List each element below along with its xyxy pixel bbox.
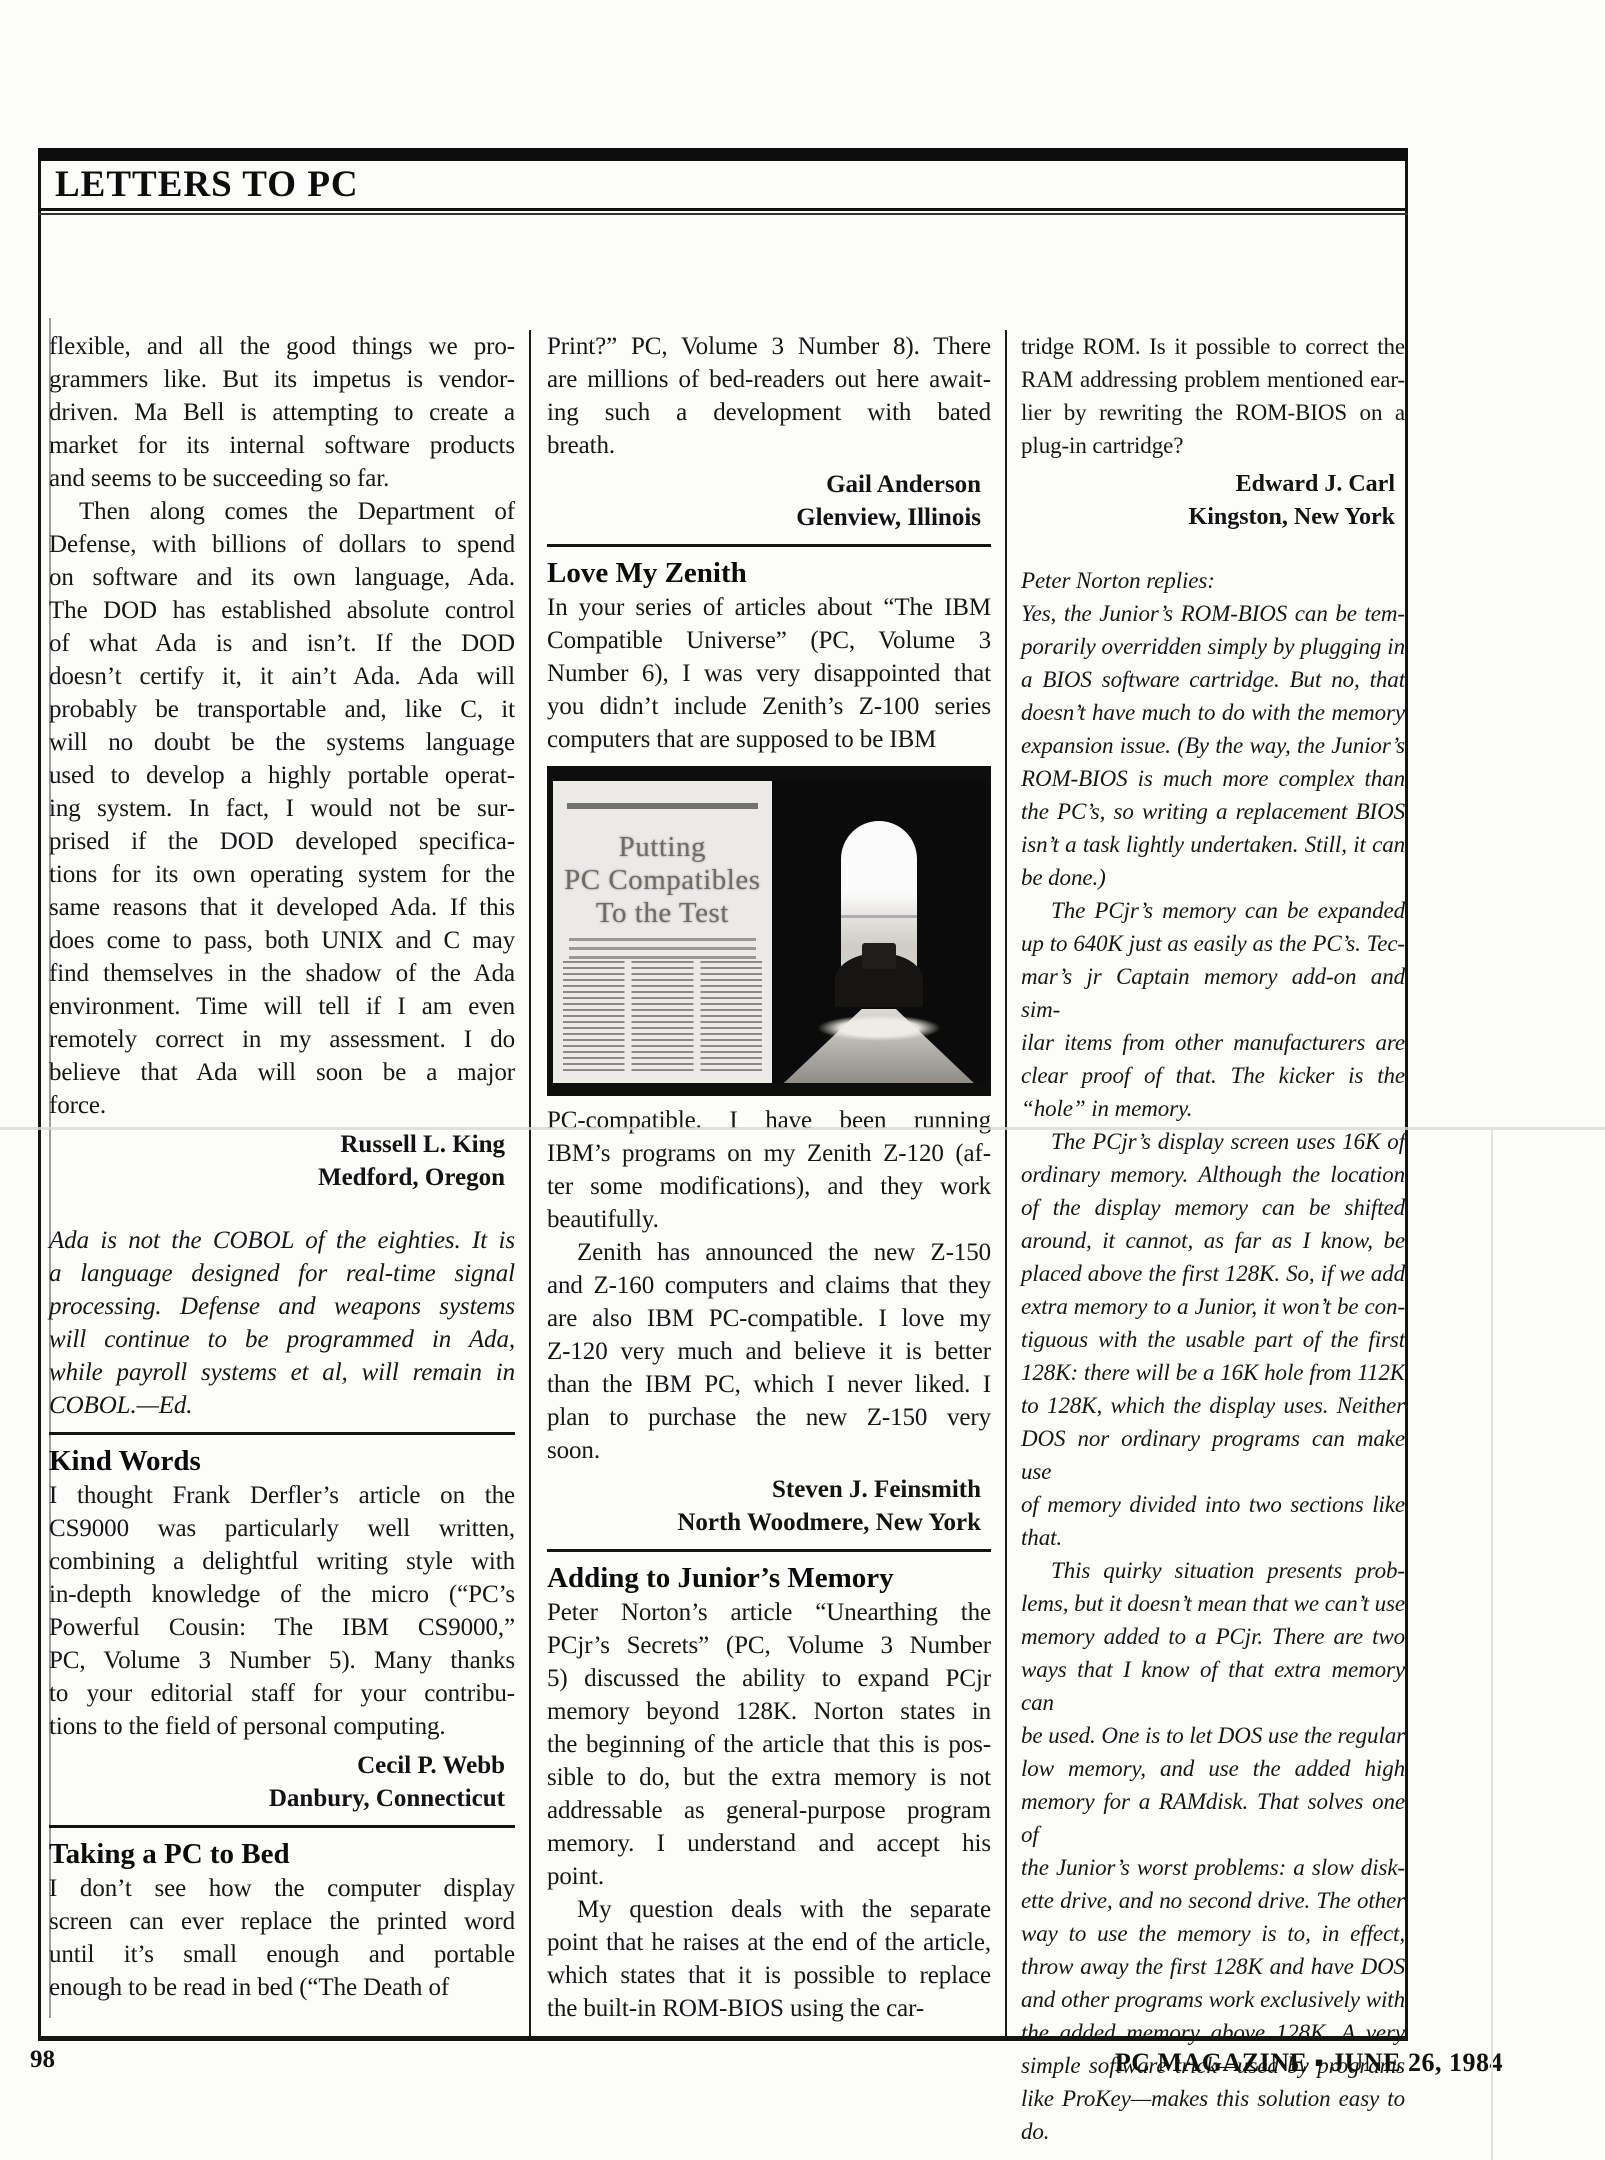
text-line: ordinary memory. Although the location (1021, 1158, 1405, 1191)
text-line: I don’t see how the computer display (49, 1872, 515, 1905)
signature-line: North Woodmere, New York (547, 1506, 981, 1539)
clipping-subhead-lines (569, 938, 756, 962)
text-line: Zenith has announced the new Z-150 (547, 1236, 991, 1269)
text-line: which states that it is possible to repl… (547, 1959, 991, 1992)
letter-paragraph: I don’t see how the computer displayscre… (49, 1872, 515, 2004)
text-line: porarily overridden simply by plugging i… (1021, 630, 1405, 663)
text-line: memory beyond 128K. Norton states in (547, 1695, 991, 1728)
text-line: and Z-160 computers and claims that they (547, 1269, 991, 1302)
text-line: and seems to be succeeding so far. (49, 462, 515, 495)
page-title: LETTERS TO PC (41, 161, 1405, 208)
text-line: will no doubt be the systems language (49, 726, 515, 759)
text-line: clear proof of that. The kicker is the (1021, 1059, 1405, 1092)
text-line: enough to be read in bed (“The Death of (49, 1971, 515, 2004)
text-line: the added memory above 128K. A very (1021, 2016, 1405, 2049)
spacer (49, 1194, 515, 1224)
text-line: The DOD has established absolute control (49, 594, 515, 627)
text-line: Number 6), I was very disappointed that (547, 657, 991, 690)
signature-line: Russell L. King (49, 1128, 505, 1161)
text-line: doesn’t certify it, it ain’t Ada. Ada wi… (49, 660, 515, 693)
signature-line: Medford, Oregon (49, 1161, 505, 1194)
text-line: the Junior’s worst problems: a slow disk… (1021, 1851, 1405, 1884)
text-line: beautifully. (547, 1203, 991, 1236)
text-line: ette drive, and no second drive. The oth… (1021, 1884, 1405, 1917)
text-line: ways that I know of that extra memory ca… (1021, 1653, 1405, 1719)
text-line: the built-in ROM-BIOS using the car- (547, 1992, 991, 2025)
text-line: of memory divided into two sections like (1021, 1488, 1405, 1521)
text-line: up to 640K just as easily as the PC’s. T… (1021, 927, 1405, 960)
clipping-title-line: PC Compatibles (553, 864, 772, 897)
signature-line: Cecil P. Webb (49, 1749, 505, 1782)
spacer (1021, 534, 1405, 564)
letter-paragraph: Then along comes the Department ofDefens… (49, 495, 515, 1122)
text-line: tions for its own operating system for t… (49, 858, 515, 891)
clipping-title-line: Putting (553, 831, 772, 864)
text-line: memory. I understand and accept his (547, 1827, 991, 1860)
text-line: Peter Norton replies: (1021, 564, 1405, 597)
text-line: the beginning of the article that this i… (547, 1728, 991, 1761)
text-line: remotely correct in my assessment. I do (49, 1023, 515, 1056)
arch-horizon-line (841, 915, 917, 918)
section-divider-rule (49, 1432, 515, 1435)
text-line: Peter Norton’s article “Unearthing the (547, 1596, 991, 1629)
text-line: plan to purchase the new Z-150 very (547, 1401, 991, 1434)
text-line: on software and its own language, Ada. (49, 561, 515, 594)
text-line: point. (547, 1860, 991, 1893)
text-line: are also IBM PC-compatible. I love my (547, 1302, 991, 1335)
text-line: CS9000 was particularly well written, (49, 1512, 515, 1545)
signature: Edward J. CarlKingston, New York (1021, 468, 1405, 534)
text-line: believe that Ada will soon be a major (49, 1056, 515, 1089)
section-heading: Kind Words (49, 1443, 515, 1479)
letter-paragraph: tridge ROM. Is it possible to correct th… (1021, 330, 1405, 462)
arch-window (841, 821, 917, 1001)
text-line: RAM addressing problem mentioned ear- (1021, 363, 1405, 396)
text-line: will continue to be programmed in Ada, (49, 1323, 515, 1356)
clipping-title-line: To the Test (553, 897, 772, 930)
text-line: placed above the first 128K. So, if we a… (1021, 1257, 1405, 1290)
italic-paragraph: The PCjr’s memory can be expandedup to 6… (1021, 894, 1405, 1125)
text-line: environment. Time will tell if I am even (49, 990, 515, 1023)
text-line: a language designed for real-time signal (49, 1257, 515, 1290)
text-line: 128K: there will be a 16K hole from 112K (1021, 1356, 1405, 1389)
signature-line: Gail Anderson (547, 468, 981, 501)
text-line: lier by rewriting the ROM-BIOS on a (1021, 396, 1405, 429)
column-divider-1 (529, 330, 531, 2036)
column-middle: Print?” PC, Volume 3 Number 8). Thereare… (547, 330, 991, 2025)
section-divider-rule (49, 1825, 515, 1828)
letter-paragraph: In your series of articles about “The IB… (547, 591, 991, 756)
text-line: “hole” in memory. (1021, 1092, 1405, 1125)
text-line: same reasons that it developed Ada. If t… (49, 891, 515, 924)
text-line: I thought Frank Derfler’s article on the (49, 1479, 515, 1512)
column-left: flexible, and all the good things we pro… (49, 330, 515, 2004)
table-rim-highlight (817, 1015, 941, 1041)
text-line: computers that are supposed to be IBM (547, 723, 991, 756)
text-line: flexible, and all the good things we pro… (49, 330, 515, 363)
text-line: grammers like. But its impetus is vendor… (49, 363, 515, 396)
text-line: driven. Ma Bell is attempting to create … (49, 396, 515, 429)
text-line: market for its internal software product… (49, 429, 515, 462)
header-top-bar (38, 148, 1408, 161)
text-line: until it’s small enough and portable (49, 1938, 515, 1971)
text-line: tridge ROM. Is it possible to correct th… (1021, 330, 1405, 363)
section-heading: Taking a PC to Bed (49, 1836, 515, 1872)
text-line: combining a delightful writing style wit… (49, 1545, 515, 1578)
text-line: and other programs work exclusively with (1021, 1983, 1405, 2016)
text-line: be used. One is to let DOS use the regul… (1021, 1719, 1405, 1752)
signature-line: Danbury, Connecticut (49, 1782, 505, 1815)
section-divider-rule (547, 1549, 991, 1552)
text-line: Powerful Cousin: The IBM CS9000,” (49, 1611, 515, 1644)
signature: Cecil P. WebbDanbury, Connecticut (49, 1749, 515, 1815)
letter-paragraph: My question deals with the separatepoint… (547, 1893, 991, 2025)
text-line: plug-in cartridge? (1021, 429, 1405, 462)
letter-paragraph: PC-compatible. I have been runningIBM’s … (547, 1104, 991, 1236)
scanned-magazine-page: { "header": { "title": "LETTERS TO PC" }… (0, 0, 1605, 2160)
text-line: to 128K, which the display uses. Neither (1021, 1389, 1405, 1422)
text-line: way to use the memory is to, in effect, (1021, 1917, 1405, 1950)
text-line: Ada is not the COBOL of the eighties. It… (49, 1224, 515, 1257)
text-line: Print?” PC, Volume 3 Number 8). There (547, 330, 991, 363)
text-line: Compatible Universe” (PC, Volume 3 (547, 624, 991, 657)
text-line: doesn’t have much to do with the memory (1021, 696, 1405, 729)
text-line: that. (1021, 1521, 1405, 1554)
text-line: PC, Volume 3 Number 5). Many thanks (49, 1644, 515, 1677)
text-line: force. (49, 1089, 515, 1122)
text-line: while payroll systems et al, will remain… (49, 1356, 515, 1389)
text-line: ing such a development with bated (547, 396, 991, 429)
text-line: mar’s jr Captain memory add-on and sim- (1021, 960, 1405, 1026)
text-line: probably be transportable and, like C, i… (49, 693, 515, 726)
italic-paragraph: Ada is not the COBOL of the eighties. It… (49, 1224, 515, 1422)
clipping-dark-photo (772, 781, 986, 1083)
text-line: throw away the first 128K and have DOS (1021, 1950, 1405, 1983)
text-line: COBOL.—Ed. (49, 1389, 515, 1422)
text-line: ing system. In fact, I would not be sur- (49, 792, 515, 825)
text-line: memory for a RAMdisk. That solves one of (1021, 1785, 1405, 1851)
text-line: tiguous with the usable part of the firs… (1021, 1323, 1405, 1356)
header-rule (38, 208, 1408, 215)
text-line: breath. (547, 429, 991, 462)
section-divider-rule (547, 544, 991, 547)
text-line: you didn’t include Zenith’s Z-100 series (547, 690, 991, 723)
text-line: do. (1021, 2115, 1405, 2148)
section-heading: Adding to Junior’s Memory (547, 1560, 991, 1596)
clipping-article-page: PuttingPC CompatiblesTo the Test (553, 781, 772, 1083)
scan-artifact-horizontal-line (0, 1127, 1605, 1130)
signature: Gail AndersonGlenview, Illinois (547, 468, 991, 534)
text-line: ROM-BIOS is much more complex than (1021, 762, 1405, 795)
letter-paragraph: Zenith has announced the new Z-150and Z-… (547, 1236, 991, 1467)
text-line: of the display memory can be shifted (1021, 1191, 1405, 1224)
scan-artifact-vertical-line (1491, 1127, 1493, 2160)
text-line: used to develop a highly portable operat… (49, 759, 515, 792)
text-line: DOS nor ordinary programs can make use (1021, 1422, 1405, 1488)
italic-paragraph: The PCjr’s display screen uses 16K oford… (1021, 1125, 1405, 1554)
text-line: IBM’s programs on my Zenith Z-120 (af- (547, 1137, 991, 1170)
text-line: ilar items from other manufacturers are (1021, 1026, 1405, 1059)
text-line: screen can ever replace the printed word (49, 1905, 515, 1938)
text-line: a BIOS software cartridge. But no, that (1021, 663, 1405, 696)
text-line: to your editorial staff for your contrib… (49, 1677, 515, 1710)
text-line: are millions of bed-readers out here awa… (547, 363, 991, 396)
issue-footer: PC MAGAZINE ▪ JUNE 26, 1984 (1115, 2048, 1503, 2078)
text-line: the PC’s, so writing a replacement BIOS (1021, 795, 1405, 828)
text-line: expansion issue. (By the way, the Junior… (1021, 729, 1405, 762)
clipping-kicker-bar (567, 803, 758, 809)
text-line: Z-120 very much and believe it is better (547, 1335, 991, 1368)
text-line: processing. Defense and weapons systems (49, 1290, 515, 1323)
text-line: ter some modifications), and they work (547, 1170, 991, 1203)
text-line: around, it cannot, as far as I know, be (1021, 1224, 1405, 1257)
text-line: Yes, the Junior’s ROM-BIOS can be tem- (1021, 597, 1405, 630)
section-heading: Love My Zenith (547, 555, 991, 591)
text-line: like ProKey—makes this solution easy to (1021, 2082, 1405, 2115)
text-line: Then along comes the Department of (49, 495, 515, 528)
text-line: PCjr’s Secrets” (PC, Volume 3 Number (547, 1629, 991, 1662)
text-line: lems, but it doesn’t mean that we can’t … (1021, 1587, 1405, 1620)
signature-line: Kingston, New York (1021, 501, 1395, 534)
text-line: PC-compatible. I have been running (547, 1104, 991, 1137)
text-line: addressable as general-purpose program (547, 1794, 991, 1827)
signature-line: Glenview, Illinois (547, 501, 981, 534)
text-line: in-depth knowledge of the micro (“PC’s (49, 1578, 515, 1611)
text-line: extra memory to a Junior, it won’t be co… (1021, 1290, 1405, 1323)
text-line: low memory, and use the added high (1021, 1752, 1405, 1785)
page-header: LETTERS TO PC (41, 161, 1405, 208)
magazine-clipping-photo: PuttingPC CompatiblesTo the Test (547, 766, 991, 1096)
signature-line: Edward J. Carl (1021, 468, 1395, 501)
text-line: find themselves in the shadow of the Ada (49, 957, 515, 990)
text-line: The PCjr’s memory can be expanded (1021, 894, 1405, 927)
text-line: isn’t a task lightly undertaken. Still, … (1021, 828, 1405, 861)
text-line: sible to do, but the extra memory is not (547, 1761, 991, 1794)
signature: Russell L. KingMedford, Oregon (49, 1128, 515, 1194)
text-line: This quirky situation presents prob- (1021, 1554, 1405, 1587)
text-line: tions to the field of personal computing… (49, 1710, 515, 1743)
text-line: soon. (547, 1434, 991, 1467)
letter-paragraph: Print?” PC, Volume 3 Number 8). Thereare… (547, 330, 991, 462)
clipping-body-text-columns (563, 961, 762, 1073)
text-line: memory added to a PCjr. There are two (1021, 1620, 1405, 1653)
text-line: 5) discussed the ability to expand PCjr (547, 1662, 991, 1695)
text-line: In your series of articles about “The IB… (547, 591, 991, 624)
letter-paragraph: flexible, and all the good things we pro… (49, 330, 515, 495)
text-line: point that he raises at the end of the a… (547, 1926, 991, 1959)
text-line: be done.) (1021, 861, 1405, 894)
computer-silhouette (862, 943, 896, 969)
text-line: of what Ada is and isn’t. If the DOD (49, 627, 515, 660)
signature: Steven J. FeinsmithNorth Woodmere, New Y… (547, 1473, 991, 1539)
text-line: prised if the DOD developed specifica- (49, 825, 515, 858)
text-line: My question deals with the separate (547, 1893, 991, 1926)
magazine-page-frame: LETTERS TO PC flexible, and all the good… (38, 148, 1408, 2041)
text-line: does come to pass, both UNIX and C may (49, 924, 515, 957)
italic-paragraph: Yes, the Junior’s ROM-BIOS can be tem-po… (1021, 597, 1405, 894)
letter-paragraph: I thought Frank Derfler’s article on the… (49, 1479, 515, 1743)
column-divider-2 (1005, 330, 1007, 2036)
text-line: Defense, with billions of dollars to spe… (49, 528, 515, 561)
italic-paragraph: Peter Norton replies: (1021, 564, 1405, 597)
signature-line: Steven J. Feinsmith (547, 1473, 981, 1506)
letters-content: flexible, and all the good things we pro… (41, 330, 1405, 2031)
letter-paragraph: Peter Norton’s article “Unearthing thePC… (547, 1596, 991, 1893)
page-number: 98 (30, 2045, 55, 2075)
text-line: than the IBM PC, which I never liked. I (547, 1368, 991, 1401)
column-right: tridge ROM. Is it possible to correct th… (1021, 330, 1405, 2148)
